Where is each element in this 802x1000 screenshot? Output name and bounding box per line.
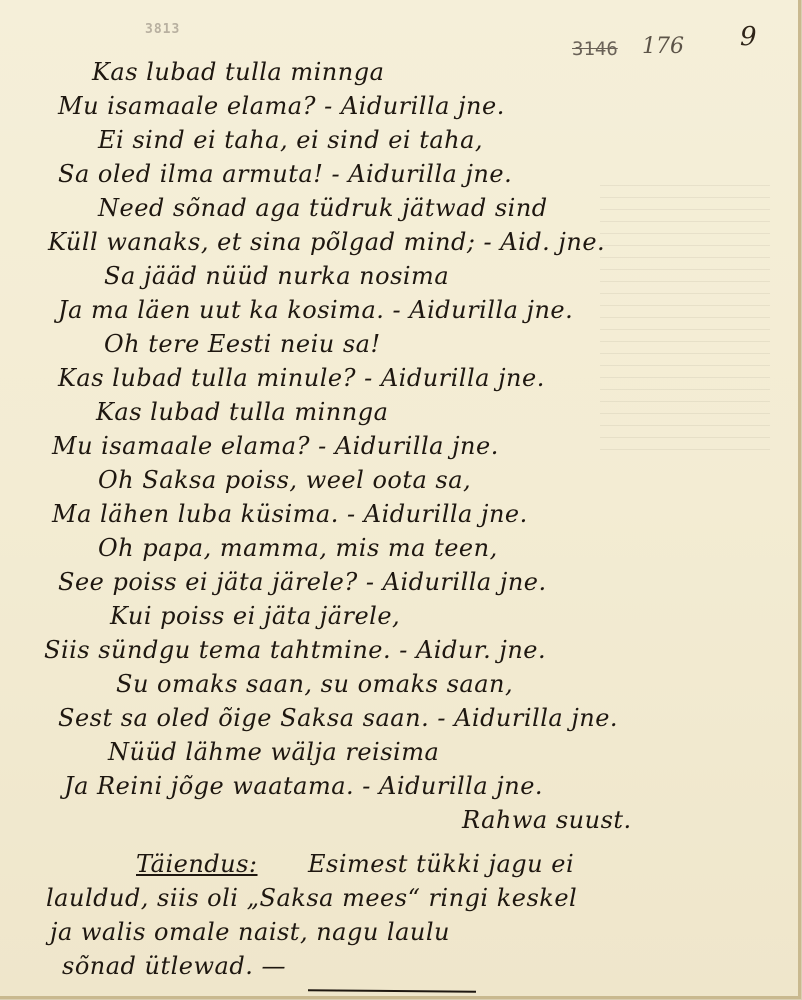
song-line: Oh papa, mamma, mis ma teen,	[98, 534, 498, 562]
song-line: Need sõnad aga tüdruk jätwad sind	[98, 194, 548, 222]
song-line: Ja Reini jõge waatama. - Aidurilla jne.	[64, 772, 543, 800]
song-line: Ma lähen luba küsima. - Aidurilla jne.	[52, 500, 528, 528]
song-line: Mu isamaale elama? - Aidurilla jne.	[52, 432, 499, 460]
note-line: sõnad ütlewad. —	[62, 952, 286, 980]
faint-archive-stamp: 3813	[145, 22, 180, 37]
song-line: Ei sind ei taha, ei sind ei taha,	[98, 126, 483, 154]
closing-rule	[308, 989, 476, 992]
signature: Rahwa suust.	[462, 806, 632, 834]
song-line: Kas lubad tulla minnga	[96, 398, 388, 426]
song-line: Ja ma läen uut ka kosima. - Aidurilla jn…	[58, 296, 573, 324]
song-line: Kas lubad tulla minule? - Aidurilla jne.	[58, 364, 545, 392]
song-line: Oh tere Eesti neiu sa!	[104, 330, 381, 358]
note-line: Esimest tükki jagu ei	[308, 850, 574, 878]
song-line: See poiss ei jäta järele? - Aidurilla jn…	[58, 568, 547, 596]
archive-number: 176	[642, 34, 684, 59]
bleed-through-music-staff	[600, 185, 770, 455]
song-line: Nüüd lähme wälja reisima	[108, 738, 439, 766]
page-number: 9	[740, 22, 757, 52]
manuscript-page: 3813 3146 176 9 Kas lubad tulla minnga M…	[0, 0, 801, 999]
song-line: Küll wanaks, et sina põlgad mind; - Aid.…	[48, 228, 605, 256]
note-title-text: Täiendus:	[136, 850, 258, 878]
song-line: Siis sündgu tema tahtmine. - Aidur. jne.	[44, 636, 546, 664]
song-line: Sa jääd nüüd nurka nosima	[104, 262, 449, 290]
struck-archive-number: 3146	[572, 38, 618, 60]
note-title: Täiendus:	[136, 850, 258, 878]
song-line: Sest sa oled õige Saksa saan. - Aidurill…	[58, 704, 618, 732]
note-line: lauldud, siis oli „Saksa mees“ ringi kes…	[46, 884, 577, 912]
song-line: Mu isamaale elama? - Aidurilla jne.	[58, 92, 505, 120]
song-line: Kas lubad tulla minnga	[92, 58, 384, 86]
song-line: Kui poiss ei jäta järele,	[110, 602, 400, 630]
song-line: Oh Saksa poiss, weel oota sa,	[98, 466, 471, 494]
note-line: ja walis omale naist, nagu laulu	[50, 918, 450, 946]
song-line: Sa oled ilma armuta! - Aidurilla jne.	[58, 160, 512, 188]
song-line: Su omaks saan, su omaks saan,	[116, 670, 513, 698]
